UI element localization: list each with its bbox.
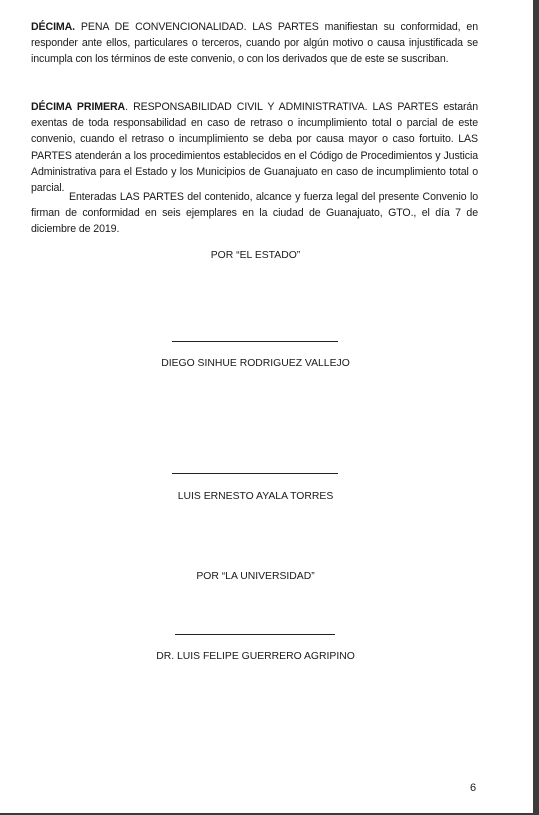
signer-name: DR. LUIS FELIPE GUERRERO AGRIPINO: [0, 651, 511, 662]
signature-line: [175, 634, 335, 635]
signature-line: [172, 341, 338, 342]
clause-heading: DÉCIMA PRIMERA: [31, 101, 125, 113]
page-number: 6: [470, 782, 476, 794]
clause-decima: DÉCIMA. PENA DE CONVENCIONALIDAD. LAS PA…: [31, 19, 478, 68]
document-page: DÉCIMA. PENA DE CONVENCIONALIDAD. LAS PA…: [0, 0, 533, 813]
estado-label: POR “EL ESTADO”: [0, 250, 511, 261]
clause-text: . RESPONSABILIDAD CIVIL Y ADMINISTRATIVA…: [31, 101, 478, 194]
closing-paragraph: Enteradas LAS PARTES del contenido, alca…: [31, 189, 478, 238]
clause-heading: DÉCIMA.: [31, 21, 75, 33]
universidad-label: POR “LA UNIVERSIDAD”: [0, 571, 511, 582]
clause-text: PENA DE CONVENCIONALIDAD. LAS PARTES man…: [31, 21, 478, 65]
clause-decima-primera: DÉCIMA PRIMERA. RESPONSABILIDAD CIVIL Y …: [31, 99, 478, 196]
signer-name: DIEGO SINHUE RODRIGUEZ VALLEJO: [0, 358, 511, 369]
signature-line: [172, 473, 338, 474]
signer-name: LUIS ERNESTO AYALA TORRES: [0, 491, 511, 502]
